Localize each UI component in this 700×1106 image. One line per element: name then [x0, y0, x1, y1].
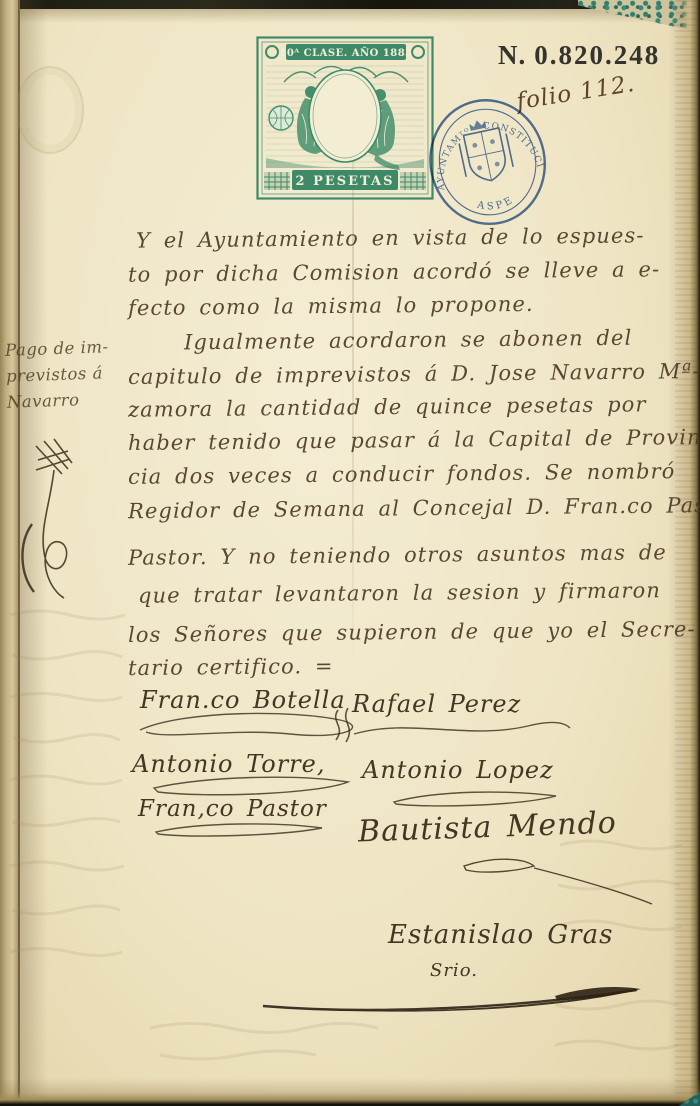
blank-oval: [309, 70, 381, 162]
manuscript-line: Igualmente acordaron se abonen del: [184, 326, 633, 355]
manuscript-line: to por dicha Comision acordó se lleve a …: [128, 257, 660, 287]
manuscript-line: zamora la cantidad de quince pesetas por: [128, 392, 647, 421]
page-top-shadow: [0, 9, 700, 23]
manuscript-line: cia dos veces a conducir fondos. Se nomb…: [128, 459, 676, 489]
signature-flourish: [348, 712, 578, 752]
margin-note-line: Navarro: [6, 386, 110, 416]
manuscript-line: los Señores que supieron de que yo el Se…: [128, 617, 696, 647]
signature: Fran.co Botella: [140, 686, 346, 714]
signature-flourish: [430, 852, 660, 916]
document-page: 10ᴬ CLASE. AÑO 1883 2 PESETAS N.0.820.24…: [0, 0, 700, 1106]
revenue-stamp: 10ᴬ CLASE. AÑO 1883 2 PESETAS: [256, 36, 434, 204]
signature-flourish: [150, 820, 330, 842]
serial-number: N.0.820.248: [498, 40, 660, 71]
serial-digits: 0.820.248: [534, 40, 660, 70]
signature: Rafael Perez: [352, 690, 521, 718]
rubric-flourish: [8, 432, 108, 602]
signature: Fran,co Pastor: [138, 796, 327, 822]
margin-note-line: Pago de im-: [5, 334, 109, 364]
signature: Bautista Mendo: [357, 805, 617, 849]
margin-note: Pago de im- previstos á Navarro: [5, 334, 111, 416]
serial-prefix: N.: [498, 40, 526, 70]
manuscript-line: Pastor. Y no teniendo otros asuntos mas …: [128, 540, 667, 570]
revenue-stamp-art: 10ᴬ CLASE. AÑO 1883 2 PESETAS: [256, 36, 434, 200]
signature: Estanislao Gras: [388, 920, 613, 950]
margin-note-line: previstos á: [6, 360, 110, 390]
municipal-seal-art: AYUNTAMᵀᴼ · CONSTITUCIONAL ASPE: [413, 85, 562, 240]
signature: Srio.: [430, 960, 478, 981]
manuscript-line: que tratar levantaron la sesion y firmar…: [138, 578, 661, 607]
manuscript-line: capitulo de imprevistos á D. Jose Navarr…: [128, 359, 700, 389]
checker-left: [264, 172, 290, 190]
manuscript-line: tario certifico. =: [128, 654, 334, 680]
embossed-dry-seal: [16, 66, 84, 154]
stamp-denomination-text: 2 PESETAS: [296, 174, 395, 189]
signature: Antonio Torre,: [132, 750, 325, 778]
signature: Antonio Lopez: [362, 756, 554, 784]
manuscript-line: haber tenido que pasar á la Capital de P…: [128, 425, 700, 455]
page-edge-texture: [675, 0, 697, 1106]
stamp-class-text: 10ᴬ CLASE. AÑO 1883: [279, 47, 412, 59]
manuscript-line: Regidor de Semana al Concejal D. Fran.co…: [128, 493, 700, 523]
svg-text:ASPE: ASPE: [473, 192, 517, 217]
manuscript-line: fecto como la misma lo propone.: [128, 292, 534, 320]
binding-edge-bottom: [0, 1078, 700, 1106]
checker-right: [400, 172, 426, 190]
manuscript-line: Y el Ayuntamiento en vista de lo espues-: [136, 223, 645, 252]
seal-town-text: ASPE: [473, 192, 517, 217]
